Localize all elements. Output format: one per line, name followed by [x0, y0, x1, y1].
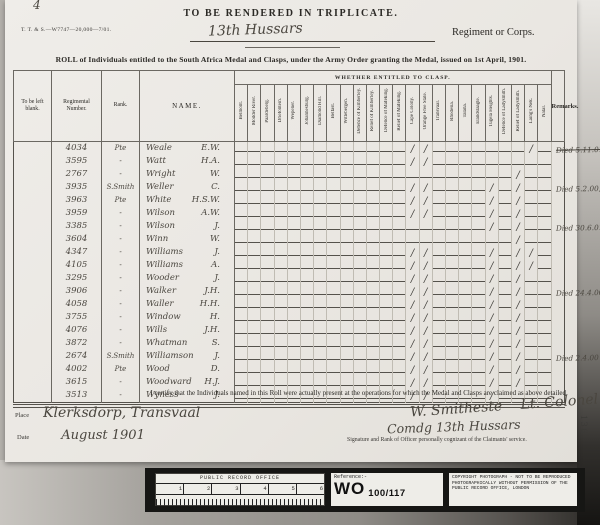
- strike-line: [367, 229, 379, 230]
- surname: Wills: [140, 325, 167, 336]
- rank-cell: -: [102, 311, 140, 324]
- clasp-cell: /: [511, 337, 524, 350]
- clasp-cell: /: [406, 337, 419, 350]
- strike-line: [380, 164, 392, 165]
- strike-line: [341, 164, 353, 165]
- strike-line: [248, 268, 260, 269]
- clasp-cell: /: [406, 259, 419, 272]
- strike-line: [459, 307, 471, 308]
- strike-line: [288, 294, 300, 295]
- strike-line: [301, 190, 313, 191]
- strike-line: [512, 164, 524, 165]
- clasp-cell: [538, 337, 551, 350]
- clasp-cell: [353, 194, 366, 207]
- clasp-cell: [235, 376, 248, 389]
- strike-line: [275, 268, 287, 269]
- clasp-cell: [525, 233, 538, 246]
- strike-line: [433, 398, 445, 399]
- clasp-cell: [274, 363, 287, 376]
- clasp-cell: [235, 259, 248, 272]
- rank-cell: -: [102, 272, 140, 285]
- clasp-cell: /: [511, 220, 524, 233]
- clasp-cell: [340, 324, 353, 337]
- strike-line: [499, 229, 511, 230]
- strike-line: [512, 151, 524, 152]
- strike-line: [472, 385, 484, 386]
- strike-line: [341, 216, 353, 217]
- clasp-cell: /: [419, 259, 432, 272]
- strike-line: [301, 346, 313, 347]
- clasp-cell: [248, 259, 261, 272]
- strike-line: [472, 177, 484, 178]
- clasp-tick-mark: /: [490, 378, 493, 389]
- clasp-cell: [498, 220, 511, 233]
- clasp-cell: /: [406, 324, 419, 337]
- table-row: 3872-WhatmanS.////: [14, 337, 565, 350]
- clasp-cell: [380, 233, 393, 246]
- strike-line: [327, 151, 339, 152]
- strike-line: [433, 385, 445, 386]
- strike-line: [301, 398, 313, 399]
- clasp-cell: /: [485, 311, 498, 324]
- clasp-cell: [261, 246, 274, 259]
- strike-line: [301, 281, 313, 282]
- strike-line: [433, 229, 445, 230]
- strike-line: [288, 242, 300, 243]
- clasp-cell: [432, 246, 445, 259]
- clasp-cell: [327, 194, 340, 207]
- strike-line: [314, 294, 326, 295]
- clasp-cell: [472, 324, 485, 337]
- blank-cell: [14, 389, 52, 403]
- clasp-tick-mark: /: [516, 352, 519, 363]
- clasp-cell: [287, 324, 300, 337]
- strike-line: [248, 281, 260, 282]
- clasp-cell: [380, 194, 393, 207]
- strike-line: [367, 268, 379, 269]
- clasp-cell: [472, 246, 485, 259]
- pro-ruler-box: PUBLIC RECORD OFFICE 123456: [155, 473, 325, 506]
- strike-line: [235, 294, 247, 295]
- clasp-cell: [446, 155, 459, 168]
- initials: J.: [215, 351, 220, 362]
- clasp-cell: [446, 259, 459, 272]
- clasp-cell: [432, 337, 445, 350]
- regimental-number-cell: 2767: [52, 168, 102, 181]
- strike-line: [380, 151, 392, 152]
- strike-line: [472, 164, 484, 165]
- clasp-cell: [287, 207, 300, 220]
- clasp-cell: [472, 337, 485, 350]
- clasp-cell: [472, 285, 485, 298]
- clasp-cell: [287, 155, 300, 168]
- clasp-cell: /: [406, 311, 419, 324]
- strike-line: [288, 268, 300, 269]
- table-row: 4105-WilliamsA./////: [14, 259, 565, 272]
- clasp-cell: [274, 168, 287, 181]
- strike-line: [261, 151, 273, 152]
- clasp-cell: [314, 233, 327, 246]
- clasp-tick-mark: /: [490, 222, 493, 233]
- initials: W.: [210, 169, 220, 180]
- blank-cell: [14, 350, 52, 363]
- strike-line: [486, 151, 498, 152]
- clasp-cell: [327, 142, 340, 156]
- strike-line: [525, 307, 537, 308]
- blank-cell: [14, 324, 52, 337]
- ruler-number: 2: [184, 484, 212, 494]
- clasp-cell: [366, 207, 379, 220]
- roll-table-body: 4034PteWealeE.W.///Died 5.11.01 Heidelbe…: [14, 142, 565, 403]
- clasp-cell: [340, 246, 353, 259]
- clasp-cell: /: [419, 298, 432, 311]
- strike-line: [248, 216, 260, 217]
- clasp-cell: [248, 350, 261, 363]
- date-label: Date: [17, 434, 29, 441]
- strike-line: [288, 346, 300, 347]
- strike-line: [327, 385, 339, 386]
- strike-line: [327, 307, 339, 308]
- clasp-cell: [327, 181, 340, 194]
- clasp-column-header: Elandslaagte.: [472, 85, 485, 142]
- clasp-cell: [393, 272, 406, 285]
- clasp-cell: [235, 142, 248, 156]
- clasp-cell: [327, 311, 340, 324]
- strike-line: [354, 372, 366, 373]
- strike-line: [261, 372, 273, 373]
- clasp-cell: [393, 298, 406, 311]
- clasp-cell: /: [525, 259, 538, 272]
- strike-line: [538, 216, 550, 217]
- clasp-cell: [353, 155, 366, 168]
- clasp-cell: [419, 220, 432, 233]
- public-record-office-stamp: PUBLIC RECORD OFFICE 123456 Reference:- …: [145, 468, 585, 512]
- regimental-number-cell: 3595: [52, 155, 102, 168]
- strike-line: [314, 333, 326, 334]
- clasp-tick-mark: /: [411, 196, 414, 207]
- clasp-cell: [248, 363, 261, 376]
- strike-line: [261, 333, 273, 334]
- clasp-tick-mark: /: [424, 196, 427, 207]
- clasp-tick-mark: /: [490, 365, 493, 376]
- strike-line: [314, 372, 326, 373]
- strike-line: [499, 333, 511, 334]
- clasp-cell: [432, 324, 445, 337]
- clasp-column-header: Transvaal.: [432, 85, 445, 142]
- clasp-cell: [353, 181, 366, 194]
- clasp-cell: [472, 194, 485, 207]
- surname: Whatman: [140, 338, 187, 349]
- strike-line: [446, 372, 458, 373]
- strike-line: [248, 307, 260, 308]
- clasp-cell: [327, 155, 340, 168]
- clasp-cell: [432, 298, 445, 311]
- strike-line: [248, 294, 260, 295]
- clasp-cell: [406, 233, 419, 246]
- clasp-cell: [459, 246, 472, 259]
- name-cell: WhiteH.S.W.: [140, 194, 235, 207]
- remarks-cell: [551, 246, 565, 259]
- clasp-cell: [287, 311, 300, 324]
- clasp-cell: [340, 311, 353, 324]
- clasp-cell: [432, 350, 445, 363]
- clasp-cell: [248, 298, 261, 311]
- strike-line: [472, 190, 484, 191]
- pro-office-label: PUBLIC RECORD OFFICE: [156, 474, 324, 484]
- clasp-cell: [353, 363, 366, 376]
- clasp-cell: [340, 181, 353, 194]
- strike-line: [538, 229, 550, 230]
- regimental-number-cell: 3295: [52, 272, 102, 285]
- strike-line: [235, 346, 247, 347]
- strike-line: [380, 333, 392, 334]
- strike-line: [459, 229, 471, 230]
- clasp-cell: [446, 285, 459, 298]
- clasp-cell: [459, 337, 472, 350]
- clasp-cell: [538, 376, 551, 389]
- strike-line: [301, 385, 313, 386]
- strike-line: [472, 203, 484, 204]
- strike-line: [459, 320, 471, 321]
- clasp-cell: [472, 311, 485, 324]
- clasp-cell: [314, 311, 327, 324]
- initials: H.S.W.: [192, 195, 220, 206]
- clasp-cell: [446, 246, 459, 259]
- clasp-cell: [248, 155, 261, 168]
- clasp-tick-mark: /: [411, 300, 414, 311]
- clasp-tick-mark: /: [516, 248, 519, 259]
- clasp-cell: [274, 259, 287, 272]
- clasp-tick-mark: /: [424, 287, 427, 298]
- clasp-tick-mark: /: [424, 300, 427, 311]
- strike-line: [327, 216, 339, 217]
- strike-line: [235, 333, 247, 334]
- rank-cell: -: [102, 376, 140, 389]
- strike-line: [367, 359, 379, 360]
- strike-line: [472, 216, 484, 217]
- clasp-cell: [314, 350, 327, 363]
- clasp-cell: [261, 181, 274, 194]
- clasp-cell: [327, 324, 340, 337]
- strike-line: [354, 151, 366, 152]
- clasp-tick-mark: /: [411, 339, 414, 350]
- strike-line: [446, 203, 458, 204]
- strike-line: [472, 255, 484, 256]
- strike-line: [446, 398, 458, 399]
- clasp-cell: /: [419, 337, 432, 350]
- clasp-cell: [498, 298, 511, 311]
- clasp-cell: [538, 311, 551, 324]
- clasp-tick-mark: /: [424, 157, 427, 168]
- name-cell: WilsonA.W.: [140, 207, 235, 220]
- clasp-cell: [432, 181, 445, 194]
- clasp-tick-mark: /: [516, 170, 519, 181]
- strike-line: [525, 372, 537, 373]
- strike-line: [525, 281, 537, 282]
- surname: Weller: [140, 182, 174, 193]
- clasp-cell: [432, 363, 445, 376]
- initials: D.: [211, 364, 220, 375]
- strike-line: [433, 359, 445, 360]
- surname: Window: [140, 312, 181, 323]
- clasp-cell: [248, 142, 261, 156]
- strike-line: [261, 307, 273, 308]
- clasp-cell: [327, 168, 340, 181]
- name-cell: WilliamsonJ.: [140, 350, 235, 363]
- clasp-cell: /: [406, 298, 419, 311]
- ruler-scale: [156, 495, 324, 506]
- clasp-cell: [472, 181, 485, 194]
- regimental-number-cell: 3385: [52, 220, 102, 233]
- strike-line: [446, 255, 458, 256]
- strike-line: [327, 320, 339, 321]
- clasp-cell: [314, 324, 327, 337]
- strike-line: [393, 151, 405, 152]
- name-cell: WilliamsJ.: [140, 246, 235, 259]
- strike-line: [538, 333, 550, 334]
- clasp-tick-mark: /: [424, 326, 427, 337]
- strike-line: [288, 320, 300, 321]
- strike-line: [393, 333, 405, 334]
- clasp-tick-mark: /: [490, 300, 493, 311]
- strike-line: [446, 346, 458, 347]
- blank-cell: [14, 194, 52, 207]
- clasp-cell: [274, 285, 287, 298]
- strike-line: [459, 281, 471, 282]
- strike-line: [446, 333, 458, 334]
- strike-line: [275, 164, 287, 165]
- col-header-clasp-group: WHETHER ENTITLED TO CLASP.: [235, 71, 552, 85]
- clasp-cell: [393, 324, 406, 337]
- strike-line: [446, 268, 458, 269]
- remark-note: Died 5.11.01 Heidelberg: [551, 143, 600, 156]
- clasp-cell: [300, 350, 313, 363]
- strike-line: [261, 359, 273, 360]
- strike-line: [354, 164, 366, 165]
- strike-line: [261, 229, 273, 230]
- strike-line: [288, 229, 300, 230]
- strike-line: [341, 320, 353, 321]
- clasp-column-header: Wepener.: [287, 85, 300, 142]
- clasp-column-header: Paardeberg.: [261, 85, 274, 142]
- clasp-cell: [235, 285, 248, 298]
- clasp-cell: /: [511, 285, 524, 298]
- strike-line: [525, 294, 537, 295]
- strike-line: [275, 177, 287, 178]
- clasp-column-header: Belfast.: [327, 85, 340, 142]
- clasp-cell: [498, 363, 511, 376]
- certification-text: I certify that the Individuals named in …: [143, 389, 575, 397]
- clasp-cell: [498, 181, 511, 194]
- strike-line: [459, 294, 471, 295]
- table-row: 4058-WallerH.H.////: [14, 298, 565, 311]
- rank-cell: S.Smith: [102, 181, 140, 194]
- clasp-cell: [446, 311, 459, 324]
- strike-line: [433, 346, 445, 347]
- surname: Waller: [140, 299, 174, 310]
- strike-line: [327, 190, 339, 191]
- clasp-tick-mark: /: [530, 248, 533, 259]
- regimental-number-cell: 3963: [52, 194, 102, 207]
- remarks-cell: [551, 168, 565, 181]
- clasp-cell: [248, 168, 261, 181]
- clasp-cell: [340, 168, 353, 181]
- strike-line: [459, 372, 471, 373]
- strike-line: [393, 385, 405, 386]
- rank-cell: -: [102, 207, 140, 220]
- strike-line: [327, 268, 339, 269]
- surname: Wilson: [140, 221, 175, 232]
- clasp-cell: [366, 363, 379, 376]
- strike-line: [327, 255, 339, 256]
- strike-line: [288, 281, 300, 282]
- surname: Wooder: [140, 273, 179, 284]
- clasp-cell: [525, 168, 538, 181]
- clasp-tick-mark: /: [516, 274, 519, 285]
- strike-line: [380, 346, 392, 347]
- table-row: 4002PteWoodD.////: [14, 363, 565, 376]
- strike-line: [367, 294, 379, 295]
- clasp-tick-mark: /: [411, 209, 414, 220]
- clasp-tick-mark: /: [530, 261, 533, 272]
- strike-line: [499, 346, 511, 347]
- clasp-cell: [498, 155, 511, 168]
- table-row: 3615-WoodwardH.J.////: [14, 376, 565, 389]
- clasp-cell: [380, 246, 393, 259]
- strike-line: [446, 294, 458, 295]
- strike-line: [380, 359, 392, 360]
- clasp-cell: /: [511, 181, 524, 194]
- clasp-cell: [446, 363, 459, 376]
- strike-line: [288, 151, 300, 152]
- regimental-number-cell: 4058: [52, 298, 102, 311]
- reference-box: Reference:- WO 100/117: [331, 473, 443, 506]
- strike-line: [538, 294, 550, 295]
- clasp-cell: [525, 298, 538, 311]
- strike-line: [314, 268, 326, 269]
- strike-line: [354, 268, 366, 269]
- clasp-cell: [261, 194, 274, 207]
- clasp-cell: /: [485, 194, 498, 207]
- clasp-cell: [274, 350, 287, 363]
- name-cell: WoodD.: [140, 363, 235, 376]
- regimental-number-cell: 3872: [52, 337, 102, 350]
- strike-line: [459, 268, 471, 269]
- clasp-cell: [314, 298, 327, 311]
- clasp-cell: [525, 376, 538, 389]
- clasp-cell: [406, 168, 419, 181]
- rank-cell: -: [102, 298, 140, 311]
- clasp-cell: /: [419, 181, 432, 194]
- clasp-cell: [287, 194, 300, 207]
- clasp-cell: [353, 298, 366, 311]
- strike-line: [235, 385, 247, 386]
- clasp-cell: [380, 207, 393, 220]
- clasp-cell: [525, 220, 538, 233]
- clasp-cell: /: [419, 363, 432, 376]
- remarks-cell: [551, 259, 565, 272]
- clasp-cell: [287, 376, 300, 389]
- clasp-cell: [459, 168, 472, 181]
- strike-line: [499, 242, 511, 243]
- strike-line: [235, 398, 247, 399]
- strike-line: [446, 151, 458, 152]
- blank-cell: [14, 376, 52, 389]
- strike-line: [314, 203, 326, 204]
- clasp-column-header: Relief of Mafeking.: [393, 85, 406, 142]
- strike-line: [301, 268, 313, 269]
- clasp-tick-mark: /: [490, 196, 493, 207]
